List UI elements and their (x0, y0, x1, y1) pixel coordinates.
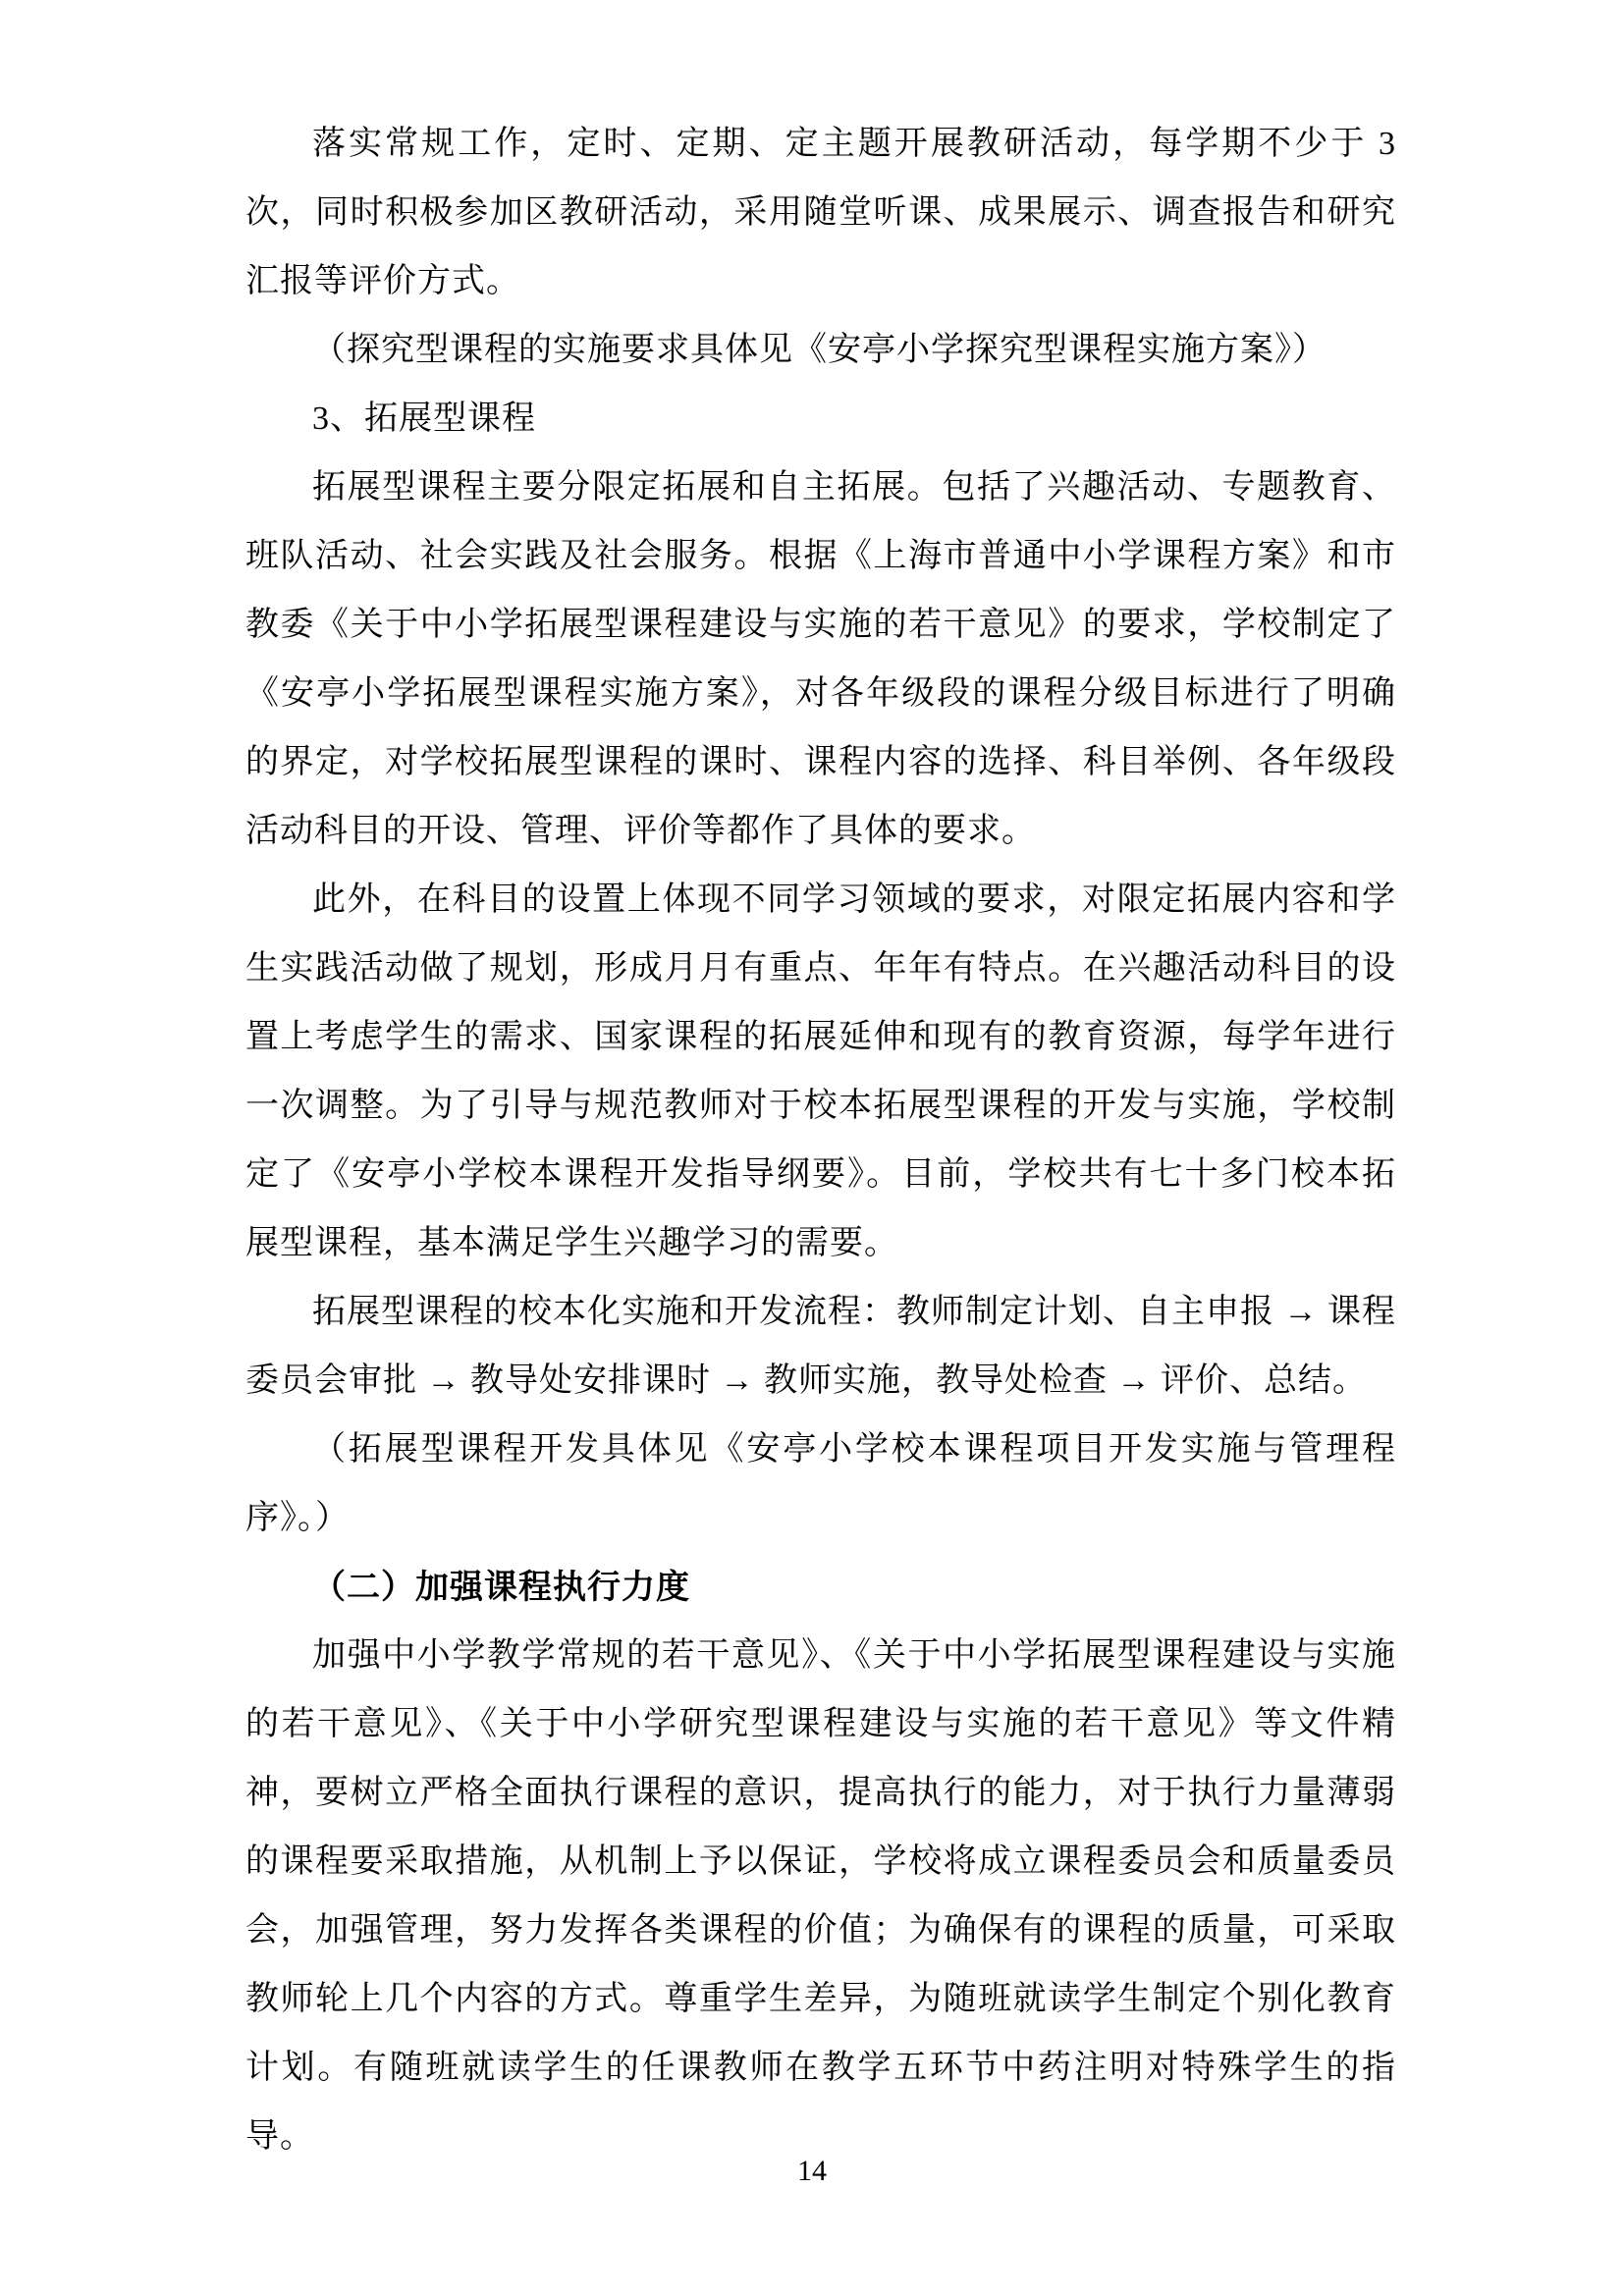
paragraph-development-workflow: 拓展型课程的校本化实施和开发流程：教师制定计划、自主申报 → 课程委员会审批 →… (245, 1278, 1396, 1415)
section-heading-strengthen-curriculum-execution: （二）加强课程执行力度 (245, 1553, 1396, 1622)
paragraph-teaching-research-routine: 落实常规工作，定时、定期、定主题开展教研活动，每学期不少于 3 次，同时积极参加… (245, 110, 1396, 316)
document-body: 落实常规工作，定时、定期、定主题开展教研活动，每学期不少于 3 次，同时积极参加… (245, 110, 1396, 2171)
paragraph-subject-setting-planning: 此外，在科目的设置上体现不同学习领域的要求，对限定拓展内容和学生实践活动做了规划… (245, 866, 1396, 1278)
paragraph-extended-course-reference-note: （拓展型课程开发具体见《安亭小学校本课程项目开发实施与管理程序》。） (245, 1415, 1396, 1553)
paragraph-extended-course-subheading: 3、拓展型课程 (245, 385, 1396, 454)
page-number: 14 (0, 2152, 1624, 2191)
document-page: 落实常规工作，定时、定期、定主题开展教研活动，每学期不少于 3 次，同时积极参加… (0, 0, 1624, 2296)
paragraph-curriculum-execution-measures: 加强中小学教学常规的若干意见》、《关于中小学拓展型课程建设与实施的若干意见》、《… (245, 1622, 1396, 2171)
paragraph-inquiry-course-reference-note: （探究型课程的实施要求具体见《安亭小学探究型课程实施方案》） (245, 316, 1396, 385)
paragraph-extended-course-overview: 拓展型课程主要分限定拓展和自主拓展。包括了兴趣活动、专题教育、班队活动、社会实践… (245, 454, 1396, 866)
